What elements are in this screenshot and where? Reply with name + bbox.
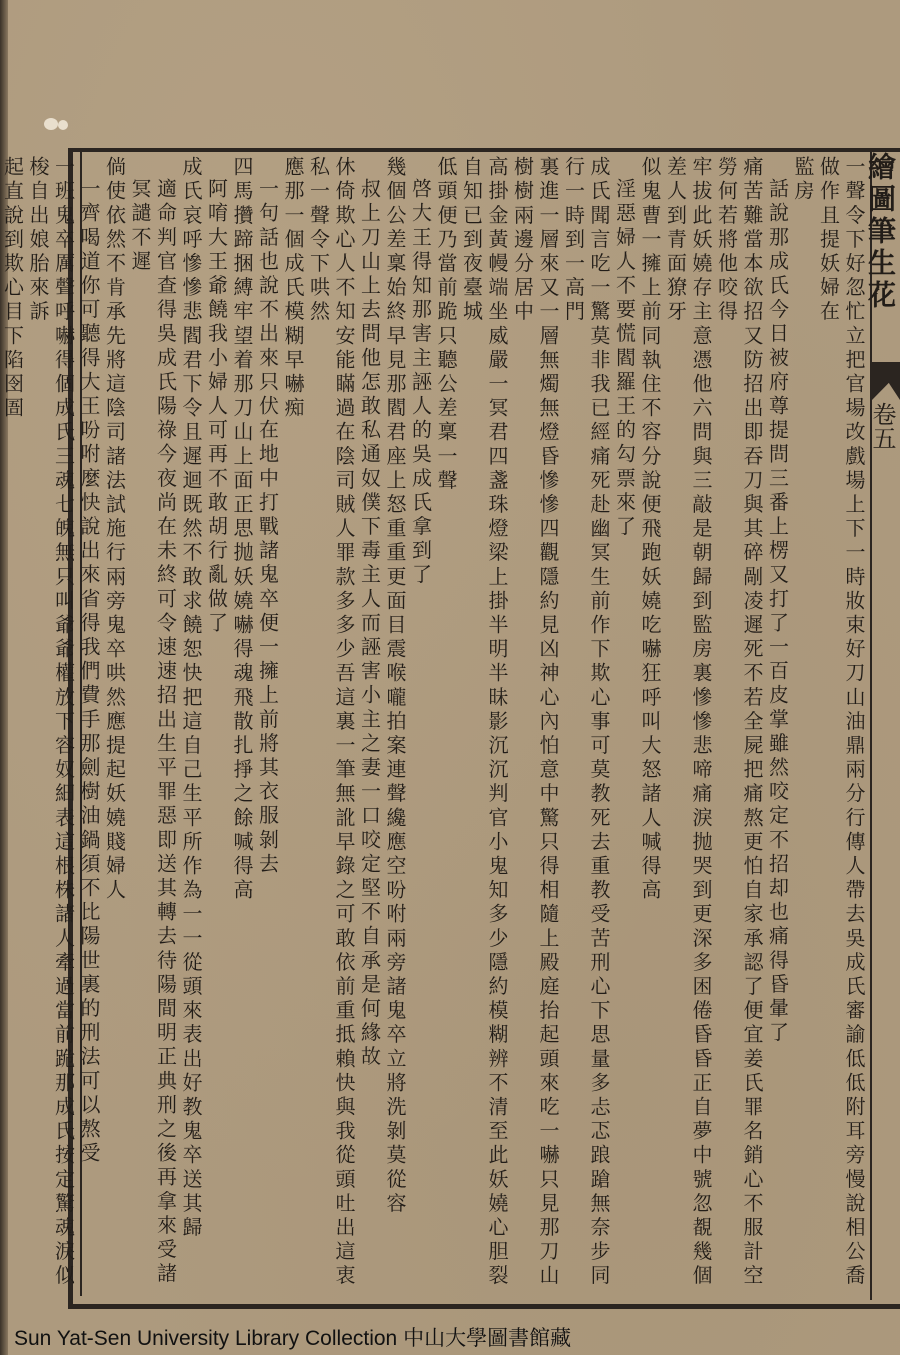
text-column: 一聲令下好忽忙立把官場改戲場上下一時妝束好刀山油鼎兩分行傳人帶去吳成氏審諭低低附…	[815, 156, 866, 1296]
text-column: 淫惡婦人不要慌閻羅王的勾票來了	[611, 156, 637, 1296]
text-column: 倘使依然不肯承先將這陰司諸法試施行兩旁鬼卒哄然應提起妖嬈賤婦人	[101, 156, 127, 1296]
text-column: 痛苦難當本欲招又防招出即吞刀與其碎剮凌遲死不若全屍把痛熬更怕自家承認了便宜姜氏罪…	[713, 156, 764, 1296]
text-column: 一班鬼卒厲聲呼嚇得個成氏三魂七魄無只叫爺爺權放下容奴細表這根株諸人牽過當前跪那成…	[25, 156, 76, 1296]
text-column: 阿唷大王爺饒我小婦人可再不敢胡行亂做了	[203, 156, 229, 1296]
text-column: 幾個公差稟始終早見那閻君座上怒重重更面目震喉嚨拍案連聲纔應空吩咐兩旁諸鬼卒立將洗…	[382, 156, 408, 1296]
body-text: 一聲令下好忽忙立把官場改戲場上下一時妝束好刀山油鼎兩分行傳人帶去吳成氏審諭低低附…	[90, 156, 866, 1296]
text-column: 休倚欺心人不知安能瞞過在陰司賊人罪款多多少吾這裏一筆無訛早錄之可敢依前重抵賴快與…	[305, 156, 356, 1296]
book-page: 繪圖筆生花 卷五 一聲令下好忽忙立把官場改戲場上下一時妝束好刀山油鼎兩分行傳人帶…	[0, 0, 900, 1355]
text-column: 叔上刀山上去問他怎敢私通奴僕下毒主人而誣害小主之妻一口咬定堅不自承是何緣故	[356, 156, 382, 1296]
text-column: 監房	[790, 156, 816, 1296]
binding-hole	[44, 118, 58, 130]
volume-label: 卷五	[874, 402, 900, 450]
margin-column	[870, 148, 900, 1300]
text-column: 起直說到欺心目下陷囹圄	[0, 156, 25, 1296]
collection-credit: Sun Yat-Sen University Library Collectio…	[14, 1322, 571, 1352]
text-column: 似鬼曹一擁上前同執住不容分說便飛跑妖嬈吃嚇狂呼叫大怒諸人喊得高	[637, 156, 663, 1296]
text-column: 成氏哀呼慘慘悲閻君下令且遲迴既然不敢求饒恕快把這自己生平所作為一一從頭來表出好教…	[178, 156, 204, 1296]
text-column: 話說那成氏今日被府尊提問三番上楞又打了一百皮掌雖然咬定不招却也痛得昏暈了	[764, 156, 790, 1296]
text-column: 一齊喝道你可聽得大王吩咐麼快說出來省得我們費手那劍樹油鍋須不比陽世裏的刑法可以熬…	[76, 156, 102, 1296]
book-title: 繪圖筆生花	[872, 152, 900, 312]
text-column: 應那一個成氏模糊早嚇痴	[280, 156, 306, 1296]
text-column: 啓大王得知那害主誣人的吳成氏拿到了	[407, 156, 433, 1296]
binding-hole	[58, 120, 68, 130]
text-column: 一句話也說不出來只伏在地中打戰諸鬼卒便一擁上前將其衣服剝去	[254, 156, 280, 1296]
text-column: 裏進一層來又一層無燭無燈昏慘慘四觀隱約見凶神心內怕意中驚只得相隨上殿庭抬起頭來吃…	[509, 156, 560, 1296]
text-column: 牢拔此妖嬈存主意憑他六問與三敲是朝歸到監房裏慘慘悲啼痛淚抛哭到更深多困倦昏昏正自…	[662, 156, 713, 1296]
text-column: 成氏聞言吃一驚莫非我已經痛死赴幽冥生前作下欺心事可莫教死去重教受苦刑心下思量多忐…	[560, 156, 611, 1296]
text-column: 高掛金黃幔端坐威嚴一冥君四盞珠燈梁上掛半明半昧影沉沉判官小鬼知多少隱約模糊辨不清…	[458, 156, 509, 1296]
text-column: 低頭便乃當前跪只聽公差稟一聲	[433, 156, 459, 1296]
text-column: 四馬攢蹄捆縛牢望着那刀山上面正思抛妖嬈嚇得魂飛散扎掙之餘喊得高	[229, 156, 255, 1296]
text-column: 適命判官查得吳成氏陽祿今夜尚在未終可令速速招出生平罪惡即送其轉去待陽間明正典刑之…	[127, 156, 178, 1296]
